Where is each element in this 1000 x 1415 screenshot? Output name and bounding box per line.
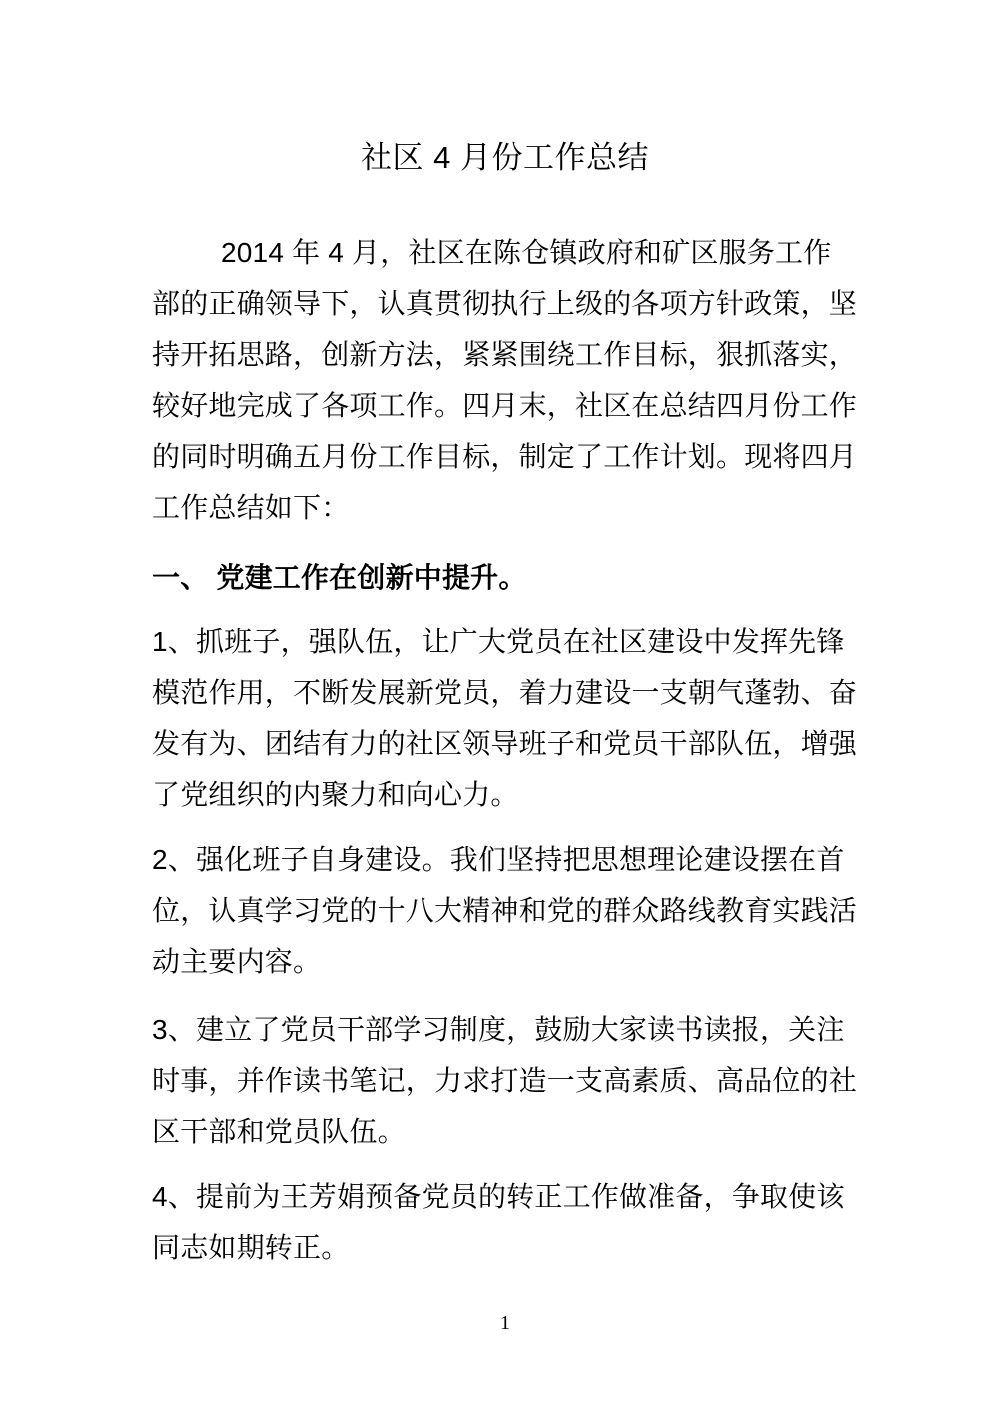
intro-paragraph: 2014 年 4 月，社区在陈仓镇政府和矿区服务工作部的正确领导下，认真贯彻执行…: [152, 227, 858, 533]
document-content: 社区 4 月份工作总结 2014 年 4 月，社区在陈仓镇政府和矿区服务工作部的…: [0, 141, 1000, 1335]
document-page: 社区 4 月份工作总结 2014 年 4 月，社区在陈仓镇政府和矿区服务工作部的…: [0, 0, 1000, 1415]
document-title: 社区 4 月份工作总结: [152, 141, 858, 175]
list-paragraph-1: 1、抓班子，强队伍，让广大党员在社区建设中发挥先锋模范作用，不断发展新党员，着力…: [152, 616, 858, 820]
list-paragraph-2: 2、强化班子自身建设。我们坚持把思想理论建设摆在首位，认真学习党的十八大精神和党…: [152, 834, 858, 987]
page-number: 1: [152, 1311, 858, 1335]
section-heading: 一、 党建工作在创新中提升。: [152, 552, 858, 603]
list-paragraph-4: 4、提前为王芳娟预备党员的转正工作做准备，争取使该同志如期转正。: [152, 1171, 858, 1273]
list-paragraph-3: 3、建立了党员干部学习制度，鼓励大家读书读报，关注时事，并作读书笔记，力求打造一…: [152, 1004, 858, 1157]
